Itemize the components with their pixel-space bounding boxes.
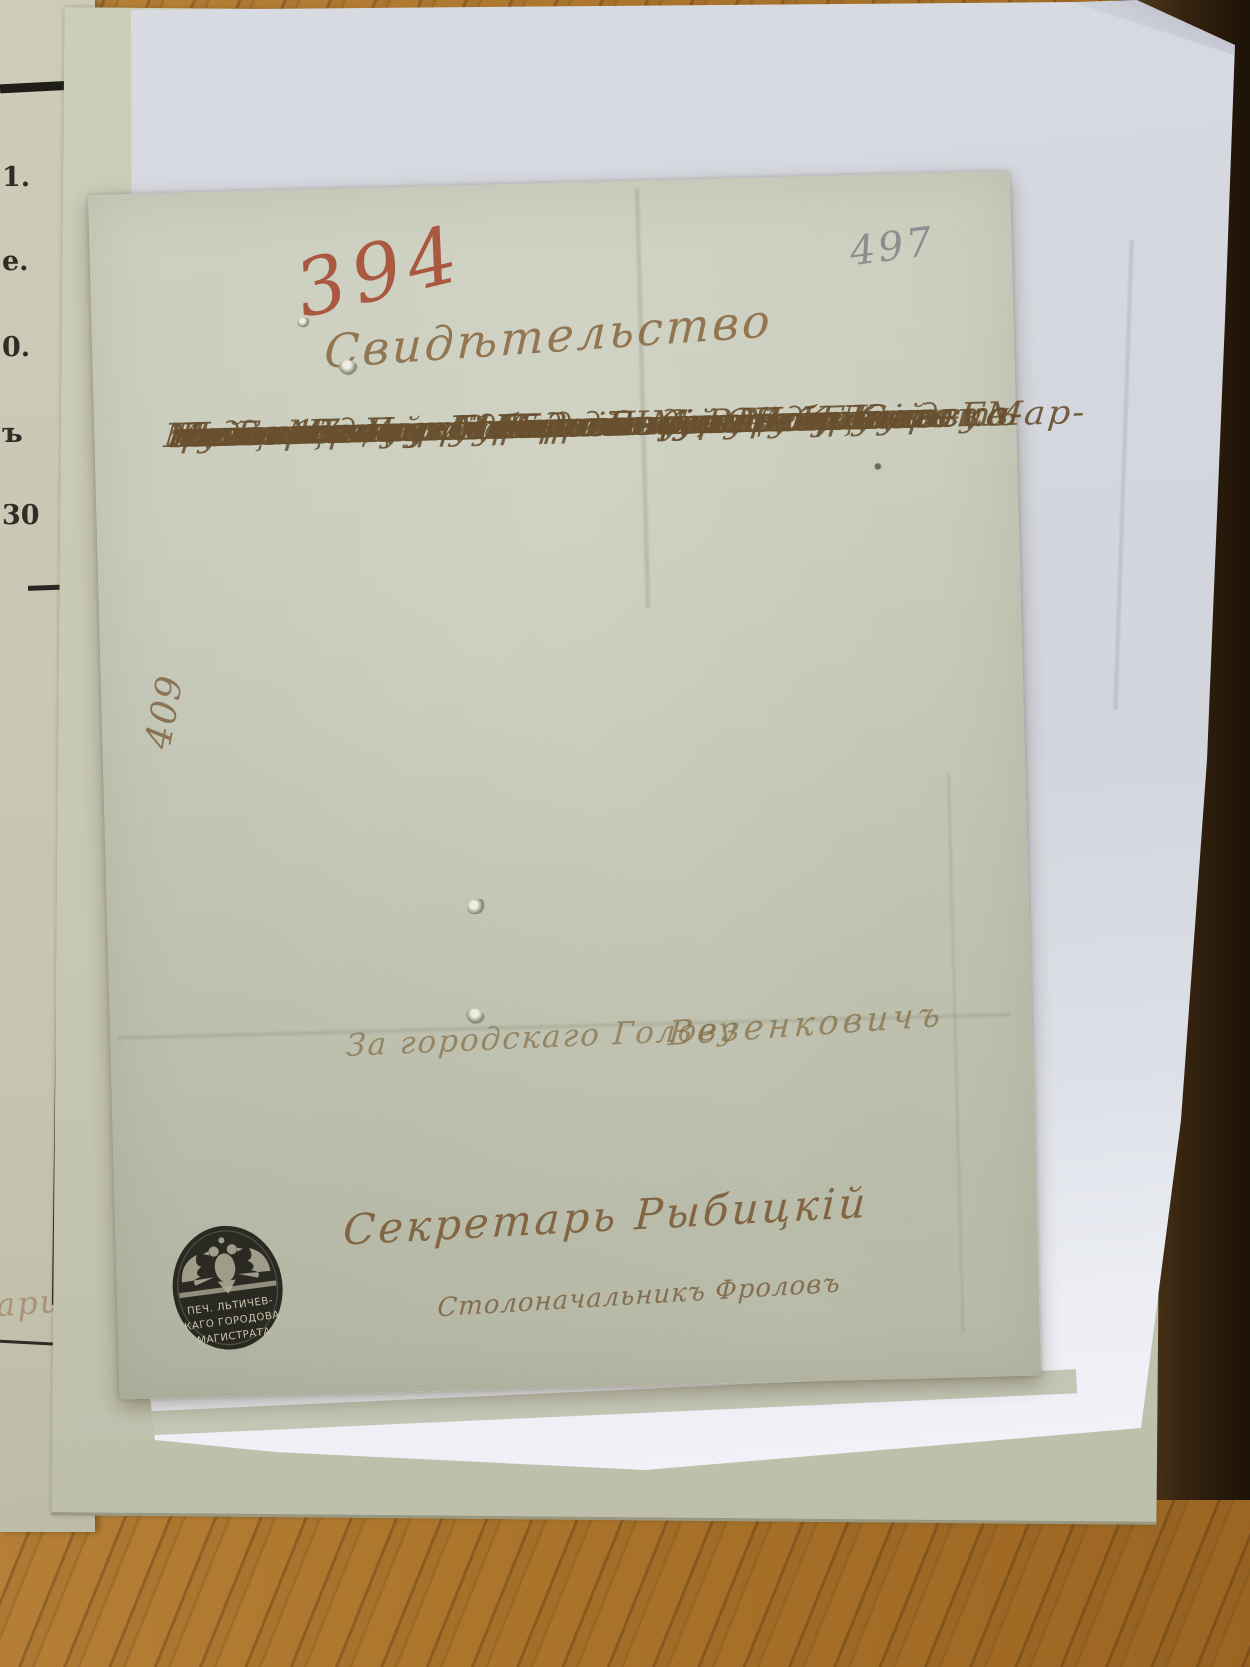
- paper-blemish: [465, 897, 488, 917]
- document-page: 394 497 Свидѣтельство 409 Подольской Губ…: [88, 171, 1041, 1400]
- paper-crease: [945, 773, 966, 1333]
- margin-note: 409: [138, 671, 192, 752]
- clerk-signature: Столоначальникъ Фроловъ: [437, 1269, 842, 1324]
- printed-fragment: ъ: [2, 418, 52, 449]
- printed-fragment: 30: [2, 500, 52, 531]
- paper-crease: [633, 189, 652, 609]
- secretary-signature: Секретарь Рыбицкій: [342, 1178, 870, 1255]
- photo-canvas: 1. е. 0. ъ 30 ари 394 497 Свидѣтельство …: [0, 0, 1250, 1667]
- document-body: Подольской Губерніи изъ Литичевска- го Г…: [170, 391, 1066, 414]
- printed-fragment: 1.: [2, 162, 52, 193]
- printed-fragment: е.: [2, 246, 52, 277]
- pencil-registry-number: 497: [847, 219, 938, 276]
- magistrate-seal: ПЕЧ. ЛЬТИЧЕВ- КАГО ГОРОДОВА МАГИСТРАТА: [163, 1217, 293, 1359]
- white-sheet-crease: [1112, 240, 1135, 710]
- body-line: та 17 Дня 1852. Года: [207, 401, 705, 456]
- seal-stamp-icon: ПЕЧ. ЛЬТИЧЕВ- КАГО ГОРОДОВА МАГИСТРАТА: [163, 1217, 293, 1359]
- printed-fragment: 0.: [2, 332, 52, 363]
- paper-blemish: [873, 462, 882, 470]
